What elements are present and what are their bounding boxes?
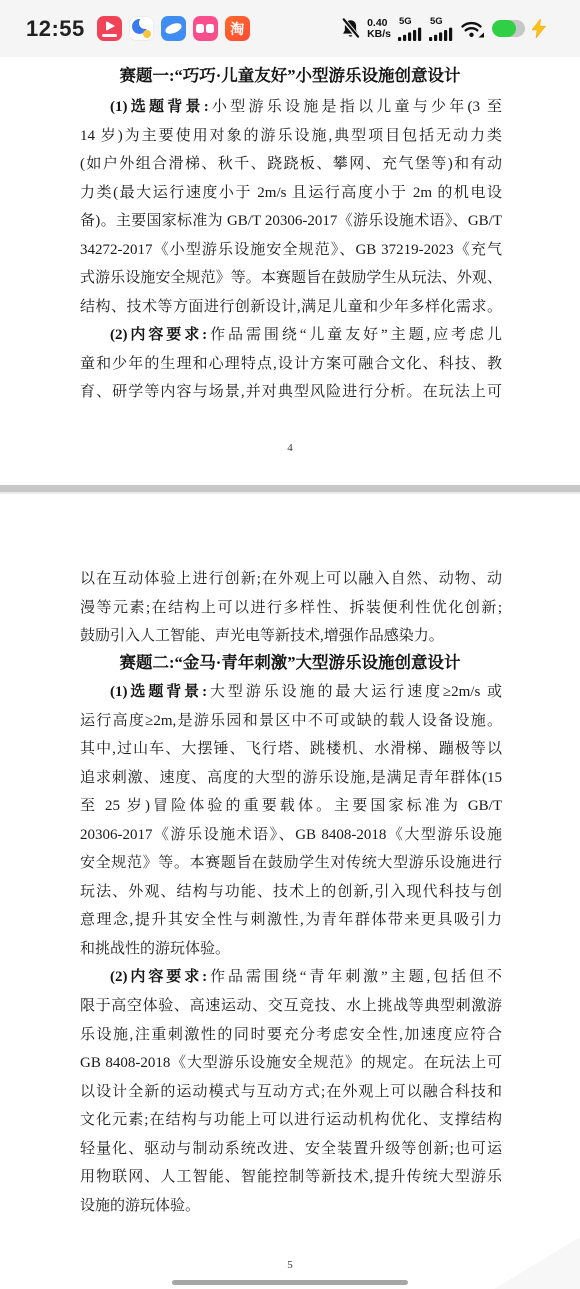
ellipse-shape <box>164 21 183 36</box>
text-line: 至 25 岁)冒险体验的重要载体。主要国家标准为 GB/T <box>80 792 502 821</box>
text-line: 结构、技术等方面进行创新设计,满足儿童和少年多样化需求。 <box>80 293 502 322</box>
page5-text-block-main: (1)选题背景:大型游乐设施的最大运行速度≥2m/s 或运行高度≥2m,是游乐园… <box>80 678 502 1220</box>
text-line: 以设计全新的运动模式与互动方式;在外观上可以融合科技和 <box>80 1078 502 1107</box>
text-line: 育、研学等内容与场景,并对典型风险进行分析。在玩法上可 <box>80 378 502 407</box>
bell-muted-icon <box>341 18 360 39</box>
topic2-heading: 赛题二:“金马·青年刺激”大型游乐设施创意设计 <box>0 650 580 676</box>
page5-text-block-top: 以在互动体验上进行创新;在外观上可以融入自然、动物、动漫等元素;在结构上可以进行… <box>80 565 502 651</box>
text-line: 乐设施,注重刺激性的同时要充分考虑安全性,加速度应符合 <box>80 1021 502 1050</box>
clock: 12:55 <box>26 16 85 42</box>
network-speed-unit: KB/s <box>367 29 391 40</box>
text-line: 文化元素;在结构与功能上可以进行运动机构优化、支撑结构 <box>80 1106 502 1135</box>
phone-screen: 12:55 淘 0.40 KB/s 5G <box>0 0 580 1289</box>
battery-indicator <box>492 20 525 37</box>
text-line: 以在互动体验上进行创新;在外观上可以融入自然、动物、动 <box>80 565 502 594</box>
text-line: 和挑战性的游玩体验。 <box>80 935 502 964</box>
status-bar-right: 0.40 KB/s 5G 5G <box>341 17 546 41</box>
video-app-icon <box>97 16 122 41</box>
text-line: 力类(最大运行速度小于 2m/s 且运行高度小于 2m 的机电设 <box>80 179 502 208</box>
signal-bars-icon <box>429 27 453 41</box>
page-break-separator <box>0 485 580 494</box>
caption-bar <box>102 34 117 37</box>
corner-watermark <box>494 1237 580 1289</box>
text-line: 备)。主要国家标准为 GB/T 20306-2017《游乐设施术语》、GB/T <box>80 207 502 236</box>
social-app-icon <box>193 16 218 41</box>
bubble-shape <box>206 24 214 33</box>
text-line: 运行高度≥2m,是游乐园和景区中不可或缺的载人设备设施。 <box>80 707 502 736</box>
page5-number: 5 <box>0 1258 580 1272</box>
text-line: 追求刺激、速度、高度的大型的游乐设施,是满足青年群体(15 <box>80 764 502 793</box>
status-bar: 12:55 淘 0.40 KB/s 5G <box>0 0 580 57</box>
text-line: (1)选题背景:小型游乐设施是指以儿童与少年(3 至 <box>80 93 502 122</box>
text-line: 轻量化、驱动与制动系统改进、安全装置升级等创新;也可运 <box>80 1135 502 1164</box>
text-line: 意理念,提升其安全性与刺激性,为青年群体带来更具吸引力 <box>80 906 502 935</box>
text-line: 鼓励引入人工智能、声光电等新技术,增强作品感染力。 <box>80 622 502 651</box>
text-line: GB 8408-2018《大型游乐设施安全规范》的规定。在玩法上可 <box>80 1049 502 1078</box>
page4-text-block: (1)选题背景:小型游乐设施是指以儿童与少年(3 至14 岁)为主要使用对象的游… <box>80 93 502 407</box>
signal-bars-icon <box>398 27 422 41</box>
play-icon <box>106 21 115 31</box>
text-line: (2)内容要求:作品需围绕“儿童友好”主题,应考虑儿 <box>80 321 502 350</box>
network-speed: 0.40 KB/s <box>367 18 391 40</box>
status-bar-left: 12:55 淘 <box>26 16 250 42</box>
sim2-network-type: 5G <box>430 17 443 26</box>
text-line: 童和少年的生理和心理特点,设计方案可融合文化、科技、教 <box>80 350 502 379</box>
network-speed-value: 0.40 <box>367 18 387 29</box>
battery-level-fill <box>492 20 516 37</box>
sim1-signal: 5G <box>398 17 422 41</box>
text-line: 34272-2017《小型游乐设施安全规范》、GB 37219-2023《充气 <box>80 236 502 265</box>
page-footer-bar <box>172 1280 408 1285</box>
text-line: 式游乐设施安全规范》等。本赛题旨在鼓励学生从玩法、外观、 <box>80 264 502 293</box>
notification-app-icons: 淘 <box>97 16 250 41</box>
text-line: (如户外组合滑梯、秋千、跷跷板、攀网、充气堡等)和有动 <box>80 150 502 179</box>
topic1-heading: 赛题一:“巧巧·儿童友好”小型游乐设施创意设计 <box>0 63 580 89</box>
wifi-icon <box>460 19 485 39</box>
taobao-app-icon: 淘 <box>225 16 250 41</box>
text-line: 安全规范》等。本赛题旨在鼓励学生对传统大型游乐设施进行 <box>80 849 502 878</box>
yellow-dot <box>143 30 151 38</box>
sim1-network-type: 5G <box>399 17 412 26</box>
text-line: 限于高空体验、高速运动、交互竞技、水上挑战等典型刺激游 <box>80 992 502 1021</box>
text-line: 其中,过山车、大摆锤、飞行塔、跳楼机、水滑梯、蹦极等以 <box>80 735 502 764</box>
moon-app-icon <box>129 16 154 41</box>
bubble-shape <box>196 24 204 33</box>
text-line: (2)内容要求:作品需围绕“青年刺激”主题,包括但不 <box>80 963 502 992</box>
text-line: 14 岁)为主要使用对象的游乐设施,典型项目包括无动力类 <box>80 122 502 151</box>
browser-app-icon <box>161 16 186 41</box>
text-line: (1)选题背景:大型游乐设施的最大运行速度≥2m/s 或 <box>80 678 502 707</box>
page4-number: 4 <box>0 441 580 455</box>
charging-bolt-icon <box>532 19 546 38</box>
document-viewer[interactable]: 赛题一:“巧巧·儿童友好”小型游乐设施创意设计 (1)选题背景:小型游乐设施是指… <box>0 57 580 1289</box>
text-line: 漫等元素;在结构上可以进行多样性、拆装便利性优化创新; <box>80 594 502 623</box>
text-line: 20306-2017《游乐设施术语》、GB 8408-2018《大型游乐设施 <box>80 821 502 850</box>
sim2-signal: 5G <box>429 17 453 41</box>
text-line: 玩法、外观、结构与功能、技术上的创新,引入现代科技与创 <box>80 878 502 907</box>
text-line: 用物联网、人工智能、智能控制等新技术,提升传统大型游乐 <box>80 1163 502 1192</box>
text-line: 设施的游玩体验。 <box>80 1192 502 1221</box>
